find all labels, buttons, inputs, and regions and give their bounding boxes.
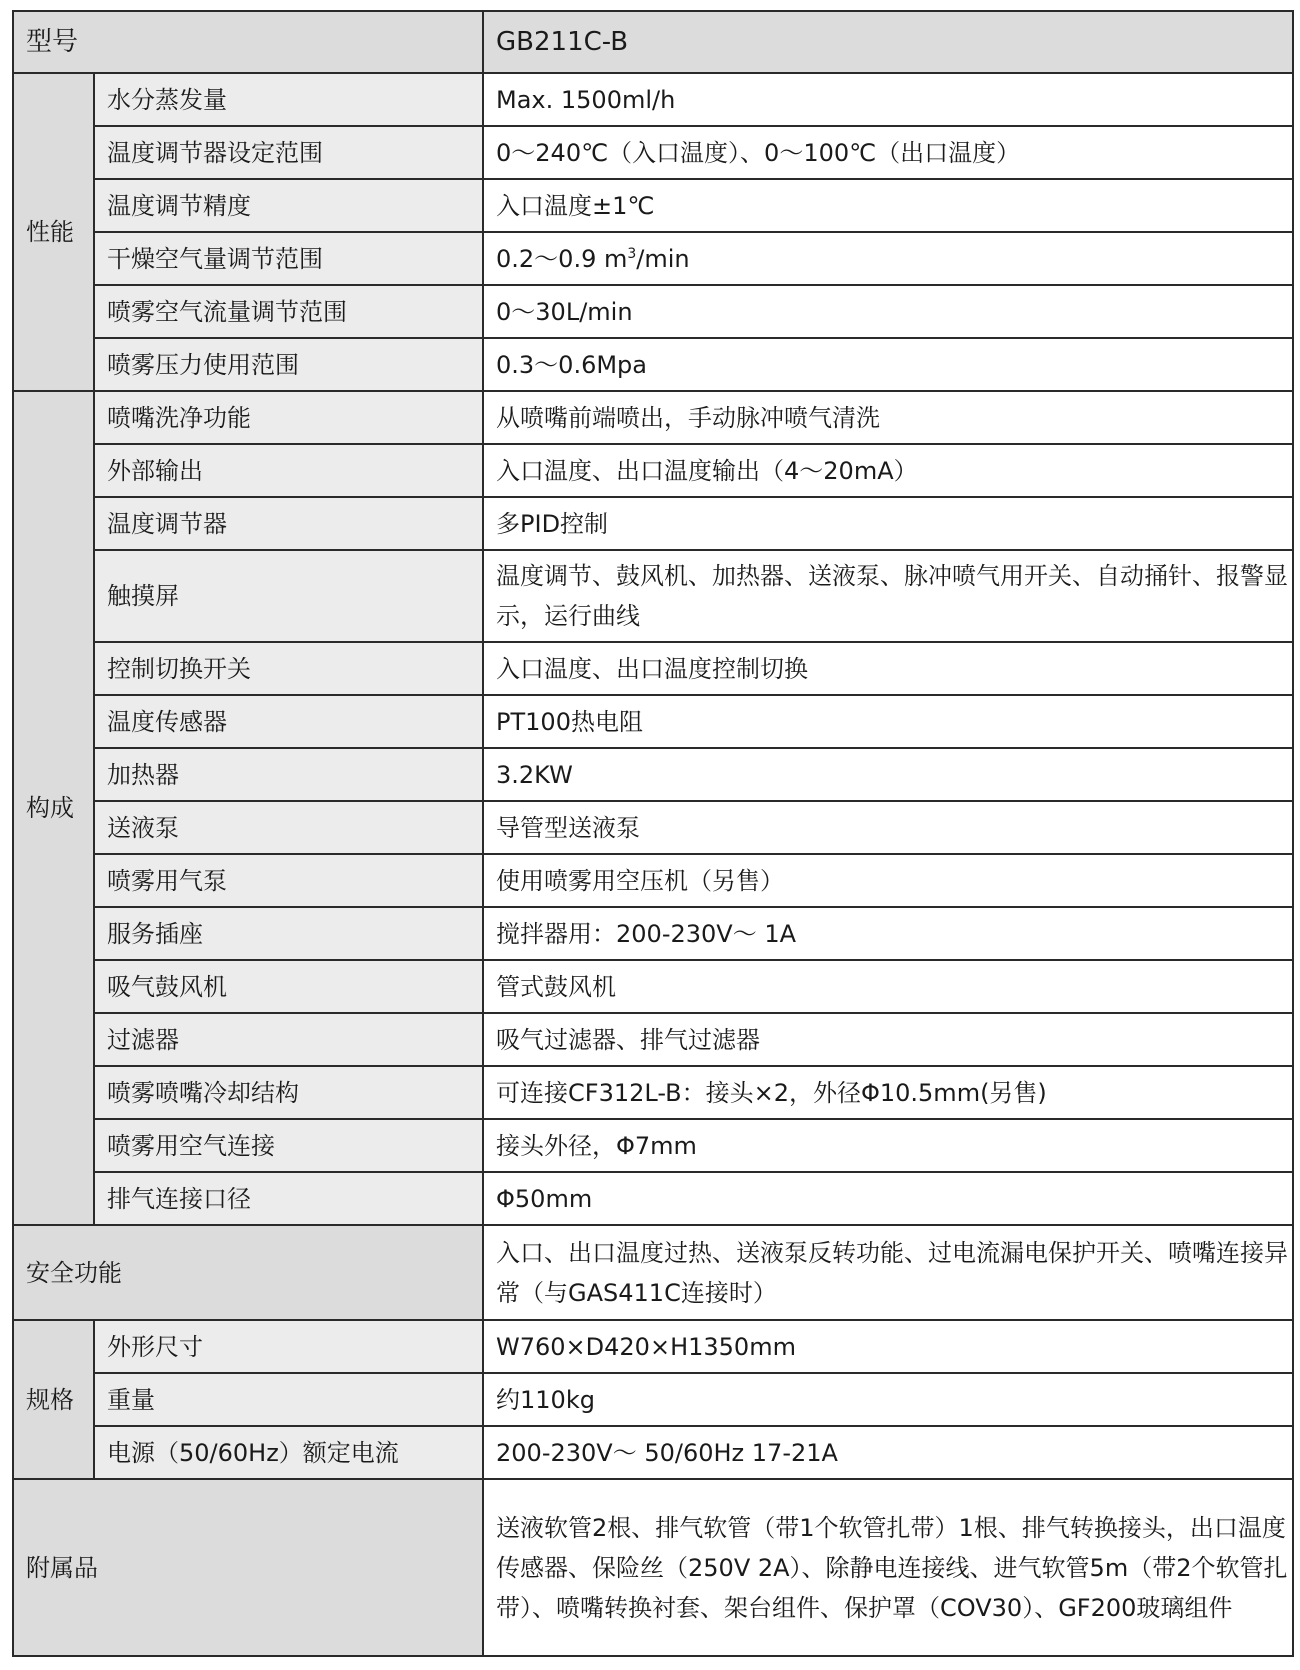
- row-label: 温度调节器设定范围: [94, 126, 483, 179]
- row-value: 200-230V～ 50/60Hz 17-21A: [483, 1426, 1293, 1479]
- row-label: 送液泵: [94, 801, 483, 854]
- row-label: 温度传感器: [94, 695, 483, 748]
- table-row: 规格 外形尺寸 W760×D420×H1350mm: [13, 1320, 1293, 1373]
- table-row: 喷雾喷嘴冷却结构 可连接CF312L-B：接头×2，外径Φ10.5mm(另售): [13, 1066, 1293, 1119]
- row-label: 温度调节器: [94, 497, 483, 550]
- row-value: Max. 1500ml/h: [483, 73, 1293, 126]
- table-row: 吸气鼓风机 管式鼓风机: [13, 960, 1293, 1013]
- row-label: 触摸屏: [94, 550, 483, 642]
- model-value: GB211C-B: [483, 11, 1293, 73]
- row-value: 管式鼓风机: [483, 960, 1293, 1013]
- safety-label: 安全功能: [13, 1225, 483, 1320]
- table-row: 附属品 送液软管2根、排气软管（带1个软管扎带）1根、排气转换接头，出口温度传感…: [13, 1479, 1293, 1656]
- row-value: 从喷嘴前端喷出，手动脉冲喷气清洗: [483, 391, 1293, 444]
- table-row: 性能 水分蒸发量 Max. 1500ml/h: [13, 73, 1293, 126]
- table-row: 喷雾用空气连接 接头外径，Φ7mm: [13, 1119, 1293, 1172]
- row-label: 喷雾压力使用范围: [94, 338, 483, 391]
- value-text: /min: [636, 245, 689, 273]
- table-row: 温度调节精度 入口温度±1℃: [13, 179, 1293, 232]
- row-value: W760×D420×H1350mm: [483, 1320, 1293, 1373]
- row-value: 接头外径，Φ7mm: [483, 1119, 1293, 1172]
- row-label: 过滤器: [94, 1013, 483, 1066]
- row-label: 控制切换开关: [94, 642, 483, 695]
- row-value: 使用喷雾用空压机（另售）: [483, 854, 1293, 907]
- row-value: 0～30L/min: [483, 285, 1293, 338]
- row-label: 水分蒸发量: [94, 73, 483, 126]
- superscript: 3: [627, 246, 636, 262]
- row-value: 搅拌器用：200-230V～ 1A: [483, 907, 1293, 960]
- row-label: 喷雾喷嘴冷却结构: [94, 1066, 483, 1119]
- accessories-label: 附属品: [13, 1479, 483, 1656]
- row-label: 外部输出: [94, 444, 483, 497]
- group-performance: 性能: [13, 73, 94, 391]
- table-row: 送液泵 导管型送液泵: [13, 801, 1293, 854]
- row-value: 0.2～0.9 m3/min: [483, 232, 1293, 285]
- row-label: 吸气鼓风机: [94, 960, 483, 1013]
- row-value: 导管型送液泵: [483, 801, 1293, 854]
- table-row: 安全功能 入口、出口温度过热、送液泵反转功能、过电流漏电保护开关、喷嘴连接异常（…: [13, 1225, 1293, 1320]
- row-value: Φ50mm: [483, 1172, 1293, 1225]
- row-label: 电源（50/60Hz）额定电流: [94, 1426, 483, 1479]
- row-value: 入口温度±1℃: [483, 179, 1293, 232]
- row-value: 入口温度、出口温度控制切换: [483, 642, 1293, 695]
- table-row: 排气连接口径 Φ50mm: [13, 1172, 1293, 1225]
- spec-table: 型号 GB211C-B 性能 水分蒸发量 Max. 1500ml/h 温度调节器…: [12, 10, 1294, 1657]
- table-row: 喷雾空气流量调节范围 0～30L/min: [13, 285, 1293, 338]
- row-label: 喷嘴洗净功能: [94, 391, 483, 444]
- table-row: 温度调节器 多PID控制: [13, 497, 1293, 550]
- table-row: 构成 喷嘴洗净功能 从喷嘴前端喷出，手动脉冲喷气清洗: [13, 391, 1293, 444]
- table-row: 温度调节器设定范围 0～240℃（入口温度）、0～100℃（出口温度）: [13, 126, 1293, 179]
- table-row: 电源（50/60Hz）额定电流 200-230V～ 50/60Hz 17-21A: [13, 1426, 1293, 1479]
- row-value: 可连接CF312L-B：接头×2，外径Φ10.5mm(另售): [483, 1066, 1293, 1119]
- row-value: 吸气过滤器、排气过滤器: [483, 1013, 1293, 1066]
- table-row: 触摸屏 温度调节、鼓风机、加热器、送液泵、脉冲喷气用开关、自动捅针、报警显示，运…: [13, 550, 1293, 642]
- row-label: 服务插座: [94, 907, 483, 960]
- row-value: PT100热电阻: [483, 695, 1293, 748]
- row-label: 喷雾空气流量调节范围: [94, 285, 483, 338]
- table-row: 过滤器 吸气过滤器、排气过滤器: [13, 1013, 1293, 1066]
- row-value: 0.3～0.6Mpa: [483, 338, 1293, 391]
- table-row: 温度传感器 PT100热电阻: [13, 695, 1293, 748]
- table-row: 外部输出 入口温度、出口温度输出（4～20mA）: [13, 444, 1293, 497]
- table-row: 干燥空气量调节范围 0.2～0.9 m3/min: [13, 232, 1293, 285]
- group-specs: 规格: [13, 1320, 94, 1479]
- row-label: 重量: [94, 1373, 483, 1426]
- row-value: 温度调节、鼓风机、加热器、送液泵、脉冲喷气用开关、自动捅针、报警显示，运行曲线: [483, 550, 1293, 642]
- table-row: 控制切换开关 入口温度、出口温度控制切换: [13, 642, 1293, 695]
- row-value: 入口温度、出口温度输出（4～20mA）: [483, 444, 1293, 497]
- accessories-value: 送液软管2根、排气软管（带1个软管扎带）1根、排气转换接头，出口温度传感器、保险…: [483, 1479, 1293, 1656]
- row-value: 0～240℃（入口温度）、0～100℃（出口温度）: [483, 126, 1293, 179]
- table-row: 重量 约110kg: [13, 1373, 1293, 1426]
- row-label: 外形尺寸: [94, 1320, 483, 1373]
- row-label: 喷雾用气泵: [94, 854, 483, 907]
- row-value: 约110kg: [483, 1373, 1293, 1426]
- row-label: 干燥空气量调节范围: [94, 232, 483, 285]
- group-composition: 构成: [13, 391, 94, 1225]
- row-value: 3.2KW: [483, 748, 1293, 801]
- table-row: 喷雾压力使用范围 0.3～0.6Mpa: [13, 338, 1293, 391]
- model-header-label: 型号: [13, 11, 483, 73]
- row-label: 排气连接口径: [94, 1172, 483, 1225]
- table-row: 喷雾用气泵 使用喷雾用空压机（另售）: [13, 854, 1293, 907]
- safety-value: 入口、出口温度过热、送液泵反转功能、过电流漏电保护开关、喷嘴连接异常（与GAS4…: [483, 1225, 1293, 1320]
- row-value: 多PID控制: [483, 497, 1293, 550]
- header-row: 型号 GB211C-B: [13, 11, 1293, 73]
- table-row: 服务插座 搅拌器用：200-230V～ 1A: [13, 907, 1293, 960]
- row-label: 加热器: [94, 748, 483, 801]
- value-text: 0.2～0.9 m: [496, 245, 627, 273]
- table-row: 加热器 3.2KW: [13, 748, 1293, 801]
- row-label: 温度调节精度: [94, 179, 483, 232]
- row-label: 喷雾用空气连接: [94, 1119, 483, 1172]
